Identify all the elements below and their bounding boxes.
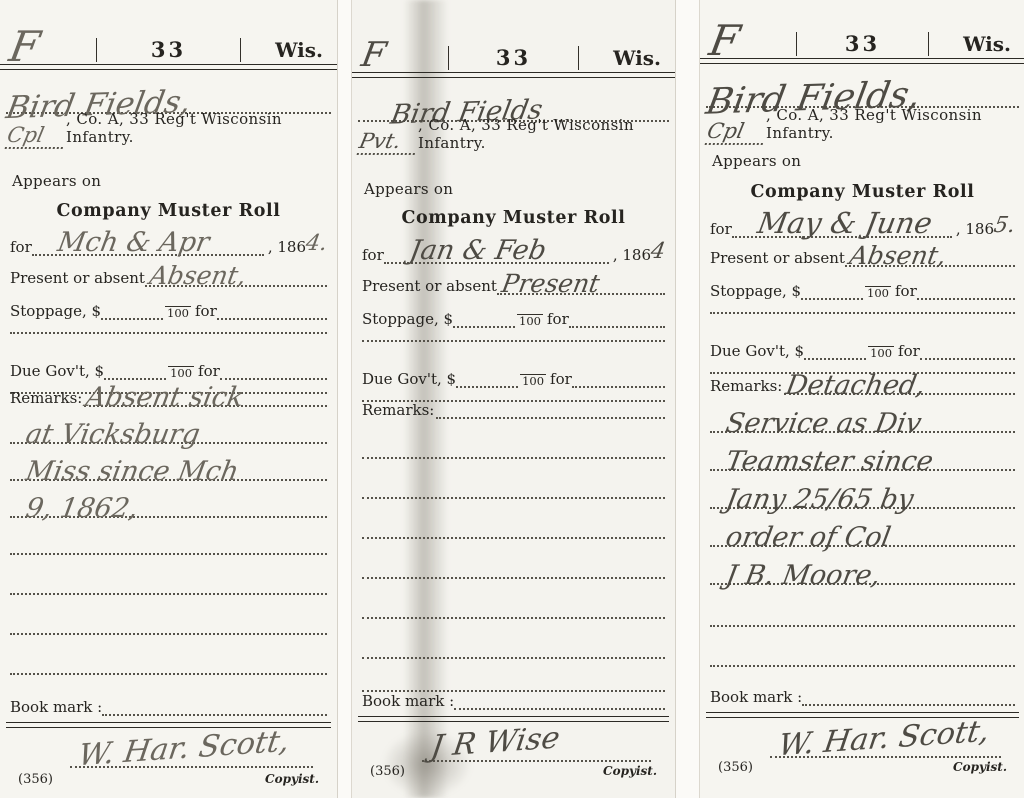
muster-roll-title: Company Muster Roll (0, 201, 337, 221)
for-label: for (710, 220, 732, 238)
card-footer: (356) Copyist. (0, 766, 337, 796)
remarks-row (352, 462, 675, 499)
remarks-row: Jany 25/65 by (700, 472, 1024, 509)
dotted-line (362, 576, 665, 579)
present-or-absent-label: Present or absent (710, 249, 845, 267)
dotted-line (710, 311, 1015, 314)
stoppage-label: Stoppage, $ (362, 310, 453, 328)
stoppage-label: Stoppage, $ (710, 282, 801, 300)
remarks-row (0, 518, 337, 555)
remarks-row: 9, 1862, (0, 481, 337, 518)
for-row: for Mch & Apr , 186 4. (0, 228, 337, 256)
remarks-row (352, 542, 675, 579)
remarks-row: J B. Moore, (700, 548, 1024, 585)
year-printed: , 186 (609, 246, 651, 264)
regiment-number: 33 (801, 31, 924, 56)
dotted-line (453, 325, 515, 328)
company-letter: F (7, 32, 94, 62)
rank-value: Cpl (5, 123, 69, 149)
header-divider (240, 38, 241, 62)
card-number: (356) (718, 760, 753, 775)
present-value: Absent, (147, 261, 248, 290)
remarks-row (352, 422, 675, 459)
remarks-row (352, 622, 675, 659)
year-digit: 4 (649, 239, 667, 264)
card-header: F 33 Wis. (700, 22, 1024, 56)
rank-row: Cpl , Co. A, 33 Reg't Wisconsin Infantry… (700, 116, 1024, 142)
dotted-line (917, 297, 1015, 300)
card-footer: (356) Copyist. (700, 754, 1024, 784)
present-or-absent-label: Present or absent (10, 269, 145, 287)
header-divider (448, 46, 449, 70)
state-abbr: Wis. (933, 32, 1011, 56)
dotted-line (802, 703, 1015, 706)
company-letter: F (707, 26, 794, 56)
dotted-line (362, 339, 665, 342)
book-mark-row: Book mark : (0, 692, 337, 716)
signature-row: W. Har. Scott, (700, 716, 1024, 758)
year-printed: , 186 (264, 238, 306, 256)
muster-card-1: F 33 Wis. Bird Fields, Cpl , Co. A, 33 R… (0, 0, 338, 798)
dotted-line (454, 707, 665, 710)
remarks-row: Remarks: Absent sick (0, 370, 337, 407)
signature-row: J R Wise (352, 720, 675, 762)
for-word: for (547, 310, 569, 328)
card-header: F 33 Wis. (0, 28, 337, 62)
present-row: Present or absent Present (352, 270, 675, 295)
present-row: Present or absent Absent, (700, 242, 1024, 267)
muster-period-value: Jan & Feb (407, 235, 548, 266)
appears-on-label: Appears on (700, 152, 1024, 170)
dotted-line (217, 317, 327, 320)
rank-row: Pvt. , Co. A, 33 Reg't Wisconsin Infantr… (352, 126, 675, 152)
present-row: Present or absent Absent, (0, 262, 337, 287)
remarks-label: Remarks: (10, 389, 82, 407)
header-divider (928, 32, 929, 56)
remarks-row: Remarks: (352, 382, 675, 419)
dotted-line (710, 624, 1015, 627)
stoppage-row: Stoppage, $ 100 for (700, 276, 1024, 300)
present-or-absent-label: Present or absent (362, 277, 497, 295)
dotted-line (362, 536, 665, 539)
rank-value: Pvt. (357, 129, 421, 155)
dotted-line (362, 616, 665, 619)
remarks-row: Miss since Mch (0, 444, 337, 481)
dotted-line (10, 632, 327, 635)
remarks-row: Remarks: Detached, (700, 358, 1024, 395)
dotted-line (362, 456, 665, 459)
signature-row: W. Har. Scott, (0, 726, 337, 768)
dotted-line (362, 496, 665, 499)
appears-on-label: Appears on (0, 172, 337, 190)
for-label: for (10, 238, 32, 256)
for-word: for (895, 282, 917, 300)
stoppage-label: Stoppage, $ (10, 302, 101, 320)
remarks-row: at Vicksburg (0, 407, 337, 444)
remarks-row: Teamster since (700, 434, 1024, 471)
remarks-line: J B. Moore, (724, 563, 883, 589)
book-mark-row: Book mark : (352, 686, 675, 710)
card-footer: (356) Copyist. (352, 758, 675, 788)
cents-denominator: 100 (517, 314, 543, 328)
for-word: for (195, 302, 217, 320)
unit-text: , Co. A, 33 Reg't Wisconsin Infantry. (66, 110, 329, 146)
dotted-line (710, 664, 1015, 667)
for-row: for May & June , 186 5. (700, 210, 1024, 238)
book-mark-label: Book mark : (10, 698, 102, 716)
remarks-row (352, 582, 675, 619)
remarks-row (0, 638, 337, 675)
remarks-row (352, 502, 675, 539)
unit-text: , Co. A, 33 Reg't Wisconsin Infantry. (766, 106, 1017, 142)
muster-card-2: F 33 Wis. Bird Fields Pvt. , Co. A, 33 R… (351, 0, 676, 798)
remarks-row (700, 630, 1024, 667)
copyist-label: Copyist. (265, 772, 319, 786)
rank-row: Cpl , Co. A, 33 Reg't Wisconsin Infantry… (0, 120, 337, 146)
remarks-row (0, 598, 337, 635)
remarks-label: Remarks: (362, 401, 434, 419)
stoppage-row: Stoppage, $ 100 for (0, 296, 337, 320)
due-govt-row: Due Gov't, $ 100 for (700, 336, 1024, 360)
name-row: Bird Fields, (700, 64, 1024, 110)
card-number: (356) (18, 772, 53, 787)
dotted-line (10, 592, 327, 595)
dotted-line (436, 416, 665, 419)
muster-period-value: May & June (755, 206, 935, 240)
company-letter: F (359, 40, 446, 70)
copyist-label: Copyist. (953, 760, 1007, 774)
header-divider (578, 46, 579, 70)
regiment-number: 33 (101, 37, 236, 62)
appears-on-label: Appears on (352, 180, 675, 198)
rank-value: Cpl (705, 119, 769, 145)
year-digit: 4. (304, 231, 329, 256)
state-abbr: Wis. (583, 46, 661, 70)
book-mark-row: Book mark : (700, 682, 1024, 706)
blank-line (352, 340, 675, 342)
regiment-number: 33 (453, 45, 574, 70)
header-divider (796, 32, 797, 56)
present-value: Absent, (847, 241, 948, 270)
blank-line (700, 312, 1024, 314)
for-row: for Jan & Feb , 186 4 (352, 236, 675, 264)
dotted-line (102, 713, 327, 716)
for-label: for (362, 246, 384, 264)
year-printed: , 186 (952, 220, 994, 238)
stoppage-row: Stoppage, $ 100 for (352, 304, 675, 328)
remarks-row (700, 590, 1024, 627)
remarks-row (0, 558, 337, 595)
present-value: Present (499, 269, 601, 298)
muster-period-value: Mch & Apr (55, 227, 212, 258)
book-mark-label: Book mark : (362, 692, 454, 710)
dotted-line (101, 317, 163, 320)
header-divider (96, 38, 97, 62)
remarks-row: Service as Div (700, 396, 1024, 433)
book-mark-label: Book mark : (710, 688, 802, 706)
cents-denominator: 100 (865, 286, 891, 300)
muster-roll-title: Company Muster Roll (700, 182, 1024, 202)
remarks-label: Remarks: (710, 377, 782, 395)
blank-line (0, 332, 337, 334)
muster-roll-title: Company Muster Roll (352, 208, 675, 228)
card-number: (356) (370, 764, 405, 779)
cents-denominator: 100 (165, 306, 191, 320)
year-digit: 5. (992, 213, 1017, 238)
state-abbr: Wis. (245, 38, 323, 62)
muster-card-3: F 33 Wis. Bird Fields, Cpl , Co. A, 33 R… (699, 0, 1024, 798)
dotted-line (10, 331, 327, 334)
dotted-line (801, 297, 863, 300)
unit-text: , Co. A, 33 Reg't Wisconsin Infantry. (418, 116, 667, 152)
dotted-line (569, 325, 665, 328)
card-header: F 33 Wis. (352, 36, 675, 70)
dotted-line (10, 552, 327, 555)
dotted-line (10, 672, 327, 675)
remarks-row: order of Col (700, 510, 1024, 547)
copyist-label: Copyist. (603, 764, 657, 778)
